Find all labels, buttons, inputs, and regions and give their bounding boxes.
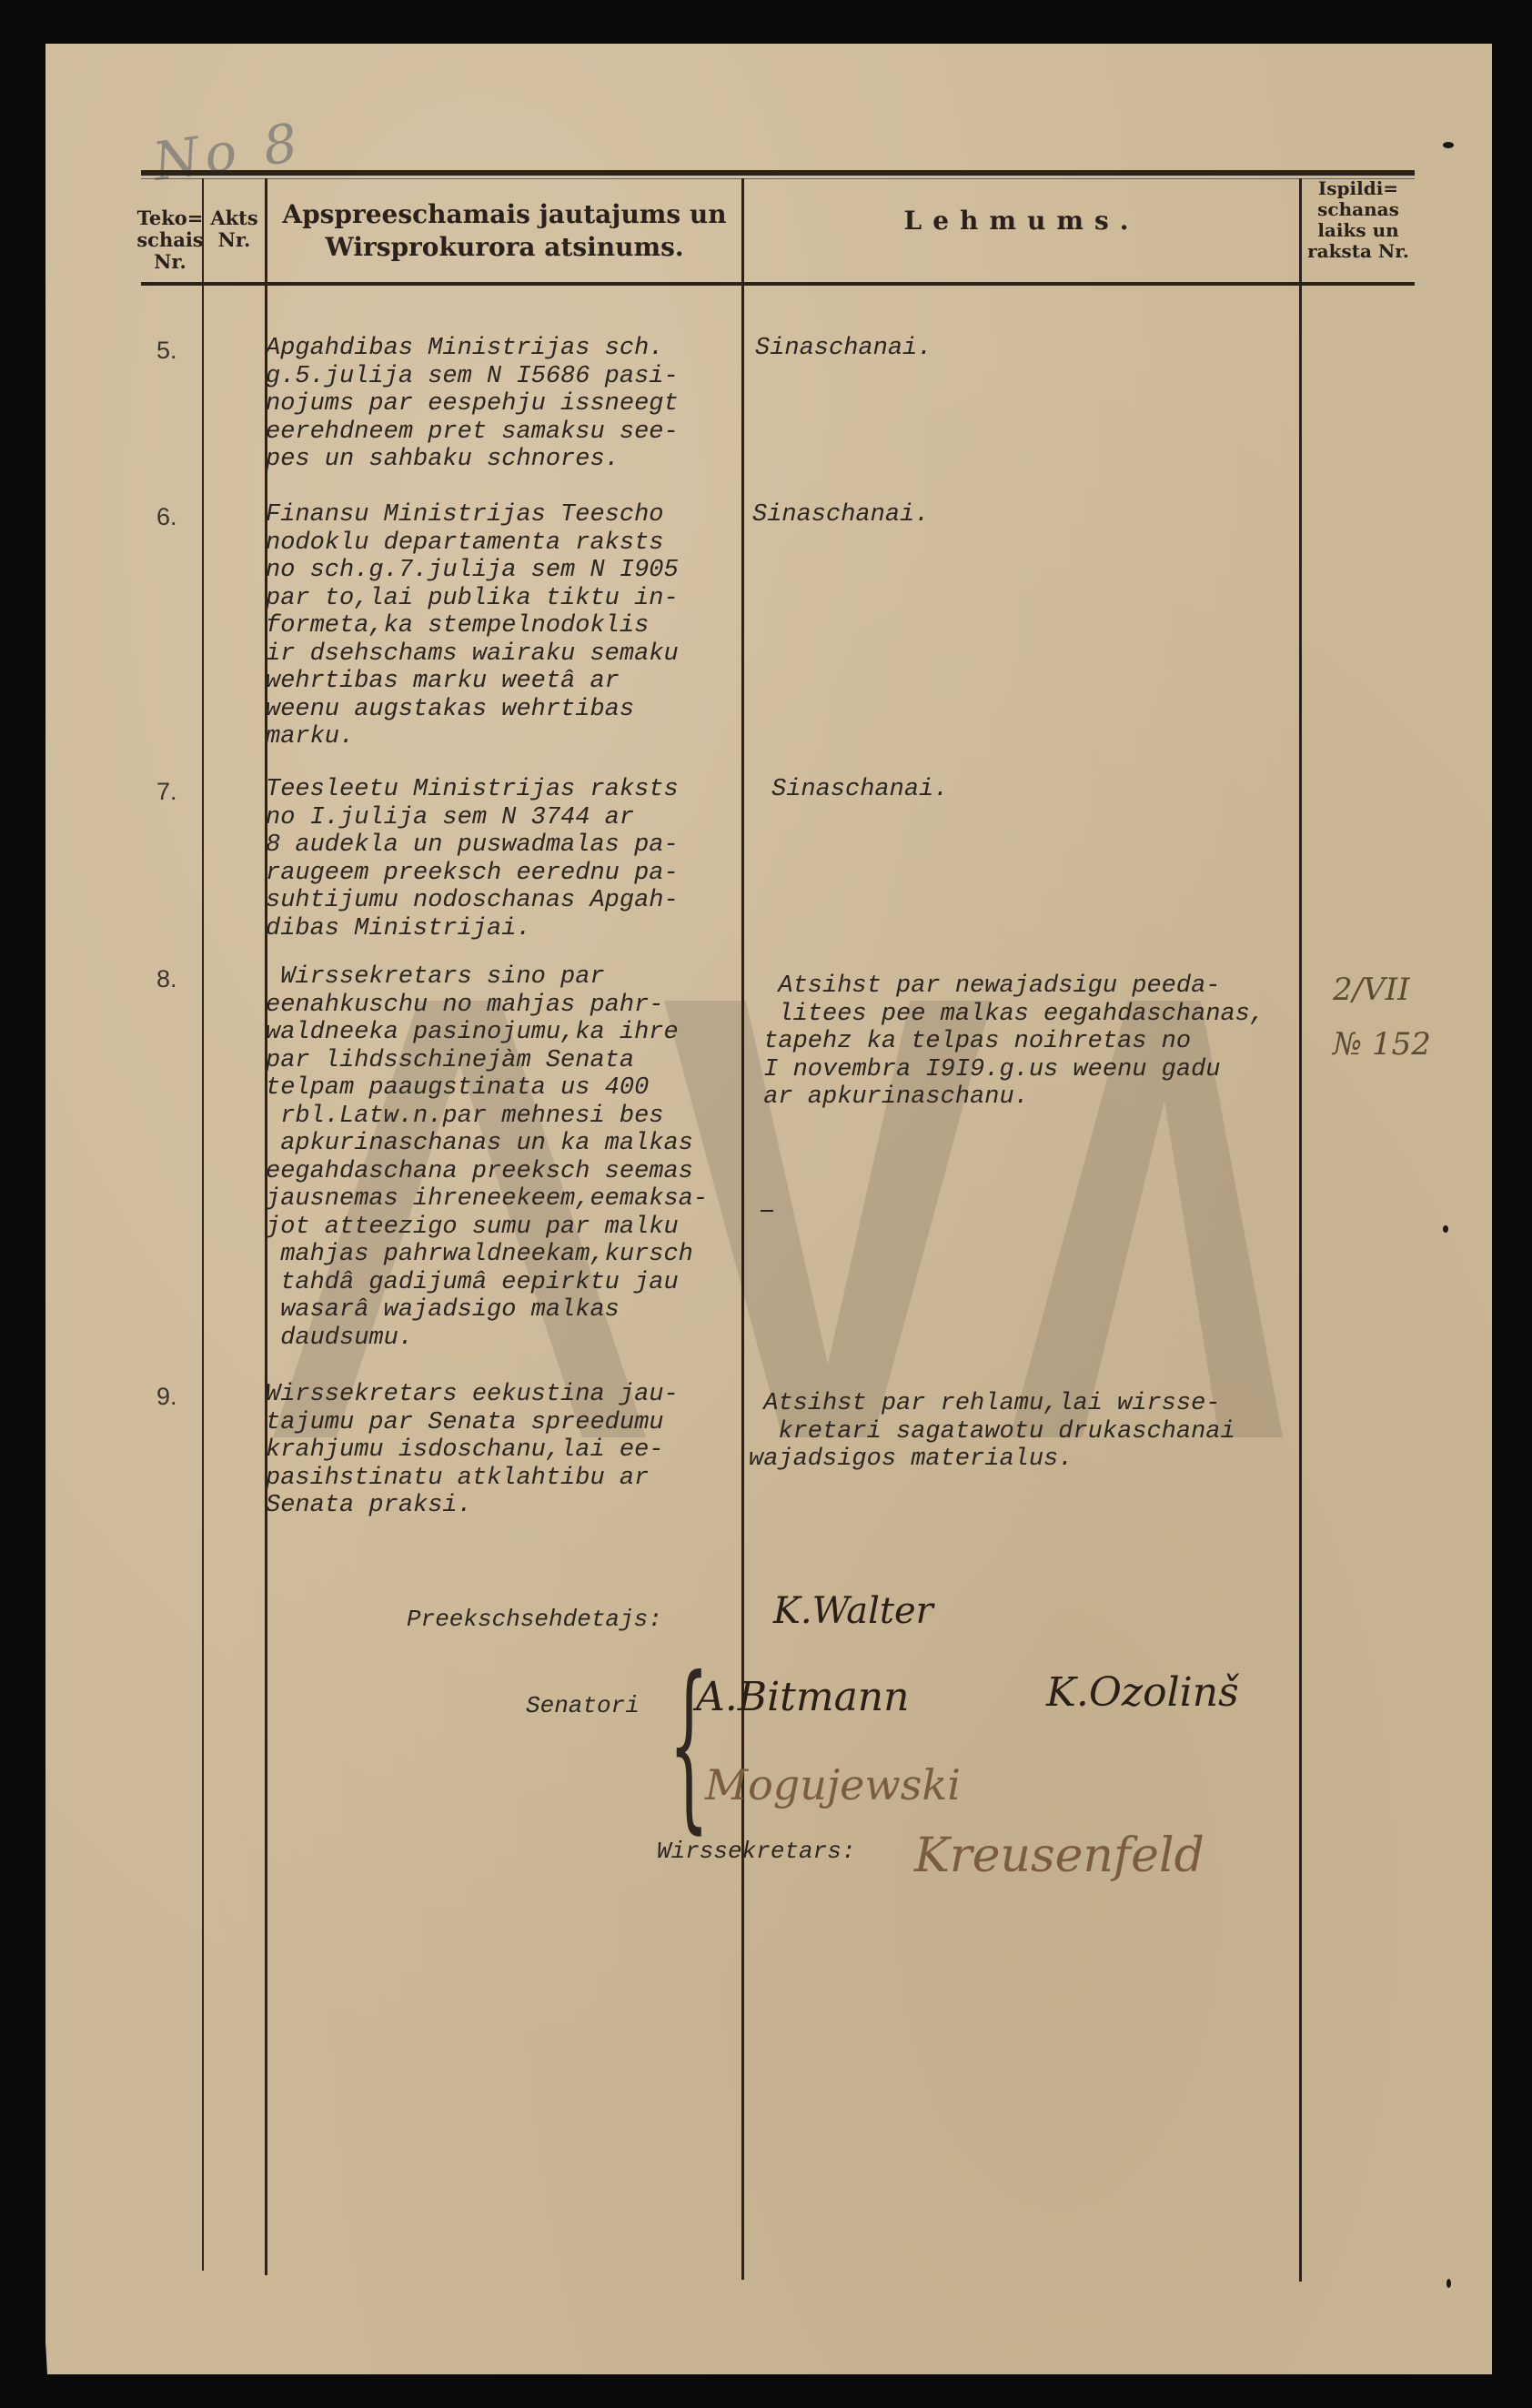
row-number: 5. bbox=[156, 337, 177, 365]
column-divider-4 bbox=[1299, 178, 1302, 2282]
table-header-bottom-rule bbox=[141, 282, 1415, 286]
header-question-line: Apspreeschamais jautajums un bbox=[267, 198, 741, 231]
header-act-number: Akts Nr. bbox=[204, 207, 265, 251]
header-execution-line: schanas bbox=[1302, 199, 1415, 220]
row-question-text: Teesleetu Ministrijas raksts no I.julija… bbox=[266, 776, 748, 942]
senators-label: Senatori bbox=[526, 1692, 640, 1719]
header-seq-line: schais bbox=[136, 229, 204, 251]
column-divider-1 bbox=[202, 178, 204, 2271]
header-question: Apspreeschamais jautajums un Wirsprokuro… bbox=[267, 198, 741, 265]
header-execution: Ispildi= schanas laiks un raksta Nr. bbox=[1302, 178, 1415, 262]
senator-signature: A.Bitmann bbox=[696, 1674, 909, 1720]
row-question-text: Wirssekretars sino par eenahkuschu no ma… bbox=[266, 963, 748, 1352]
header-execution-line: Ispildi= bbox=[1302, 178, 1415, 199]
table-top-thin-rule bbox=[141, 178, 1415, 179]
punch-hole bbox=[1443, 142, 1454, 148]
row-question-text: Apgahdibas Ministrijas sch. g.5.julija s… bbox=[266, 335, 748, 474]
execution-handwritten-note: 2/VII № 152 bbox=[1333, 962, 1431, 1072]
row-decision-text: Atsihst par rehlamu,lai wirsse- kretari … bbox=[749, 1390, 1304, 1474]
row-number: 7. bbox=[156, 778, 177, 806]
table-top-rule bbox=[141, 170, 1415, 176]
pencil-page-note: No 8 bbox=[149, 111, 307, 193]
header-act-line: Nr. bbox=[204, 229, 265, 251]
punch-hole bbox=[1443, 1225, 1448, 1233]
secretary-label: Wirssekretars: bbox=[657, 1838, 855, 1865]
header-execution-line: raksta Nr. bbox=[1302, 241, 1415, 262]
header-question-line: Wirsprokurora atsinums. bbox=[267, 231, 741, 264]
row-question-text: Wirssekretars eekustina jau- tajumu par … bbox=[266, 1381, 748, 1520]
secretary-signature: Kreusenfeld bbox=[914, 1829, 1204, 1883]
row-question-text: Finansu Ministrijas Teescho nodoklu depa… bbox=[266, 501, 748, 751]
row-decision-text: Sinaschanai. bbox=[752, 501, 1307, 529]
row-decision-text: Sinaschanai. bbox=[771, 776, 1326, 804]
header-seq-number: Teko= schais Nr. bbox=[136, 207, 204, 273]
header-decision: Lehmums. bbox=[744, 207, 1299, 236]
senator-signature: Mogujewski bbox=[705, 1760, 961, 1809]
row-number: 9. bbox=[156, 1383, 177, 1411]
archival-document-page: No 8 bbox=[45, 44, 1492, 2374]
row-number: 8. bbox=[156, 965, 177, 993]
row-decision-text: Sinaschanai. bbox=[755, 335, 1310, 363]
row-number: 6. bbox=[156, 503, 177, 531]
punch-hole bbox=[1446, 2279, 1451, 2288]
senator-signature: K.Ozolinš bbox=[1046, 1669, 1239, 1716]
chairman-label: Preekschsehdetajs: bbox=[407, 1606, 662, 1633]
row-decision-text: Atsihst par newajadsigu peeda- litees pe… bbox=[749, 972, 1304, 1112]
chairman-signature: K.Walter bbox=[773, 1590, 933, 1632]
header-seq-line: Nr. bbox=[136, 251, 204, 273]
header-execution-line: laiks un bbox=[1302, 220, 1415, 241]
row-continuation-dash bbox=[761, 1210, 773, 1212]
header-seq-line: Teko= bbox=[136, 207, 204, 229]
header-act-line: Akts bbox=[204, 207, 265, 229]
